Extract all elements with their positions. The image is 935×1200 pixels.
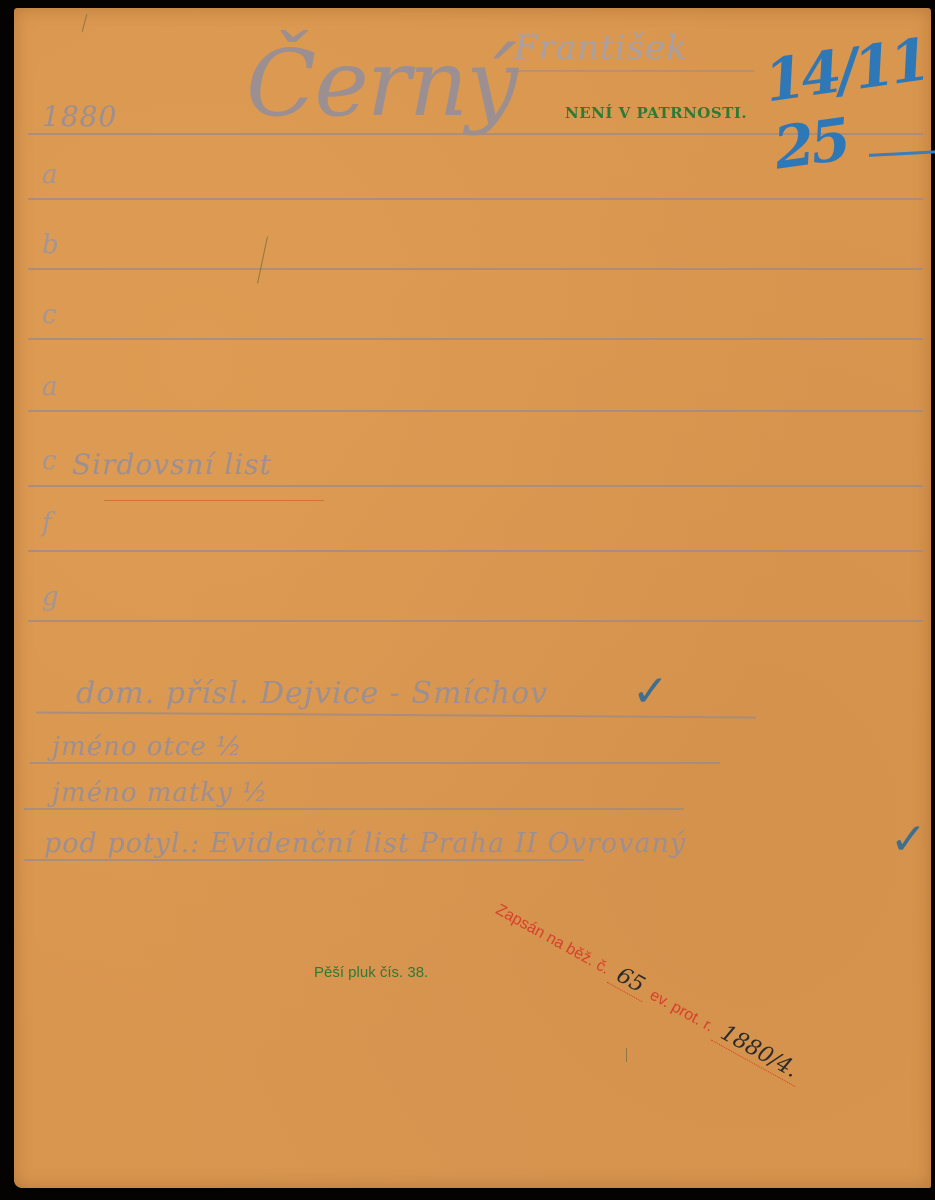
- registration-year: 1880/4.: [710, 1017, 807, 1086]
- blue-annotation: 14/11 25: [760, 25, 935, 182]
- given-name: František: [514, 28, 688, 68]
- ruled-line: [28, 338, 923, 340]
- ruled-line: [28, 410, 923, 412]
- registration-stamp: Zapsán na běž. č. 65 ev. prot. r. 1880/4…: [492, 896, 808, 1086]
- entry-line: [30, 762, 720, 764]
- ruled-line: [28, 198, 923, 200]
- status-stamp: NENÍ V PATRNOSTI.: [565, 104, 747, 122]
- father-entry: jméno otce ½: [52, 732, 242, 762]
- birth-year: 1880: [42, 100, 117, 133]
- ruled-line: [28, 620, 923, 622]
- margin-letter-b: b: [42, 230, 59, 260]
- mother-entry: jméno matky ½: [52, 778, 268, 808]
- registry-card: 1880 Černý František NENÍ V PATRNOSTI. 1…: [14, 8, 931, 1188]
- paper-fiber: [82, 14, 88, 32]
- paper-fiber: [257, 236, 268, 283]
- regiment-stamp: Pěší pluk čís. 38.: [314, 964, 428, 981]
- margin-letter-a: a: [42, 160, 58, 190]
- registration-middle: ev. prot. r.: [647, 987, 716, 1036]
- margin-letter-c2: c: [42, 446, 57, 476]
- check-mark-icon: ✓: [890, 814, 927, 865]
- surname: Černý: [246, 30, 516, 137]
- notes-entry: pod potyl.: Evidenční list Praha II Ovro…: [44, 828, 686, 859]
- ruled-line: [28, 550, 923, 552]
- registration-number: 65: [607, 960, 655, 1002]
- registration-prefix: Zapsán na běž. č.: [493, 901, 612, 978]
- paper-fiber: [626, 1048, 627, 1062]
- margin-letter-g: g: [42, 582, 59, 612]
- margin-letter-c: c: [42, 300, 57, 330]
- ruled-line: [28, 485, 923, 487]
- entry-line: [24, 859, 584, 861]
- domicile-entry: dom. přísl. Dejvice - Smíchov: [76, 676, 548, 711]
- entry-line: [24, 808, 684, 810]
- given-name-underline: [514, 70, 754, 72]
- margin-letter-f: f: [42, 508, 52, 538]
- red-underline: [104, 500, 324, 501]
- check-mark-icon: ✓: [632, 666, 669, 717]
- margin-letter-a2: a: [42, 372, 58, 402]
- ruled-line: [28, 268, 923, 270]
- entry-line-c: Sirdovsní list: [72, 448, 272, 481]
